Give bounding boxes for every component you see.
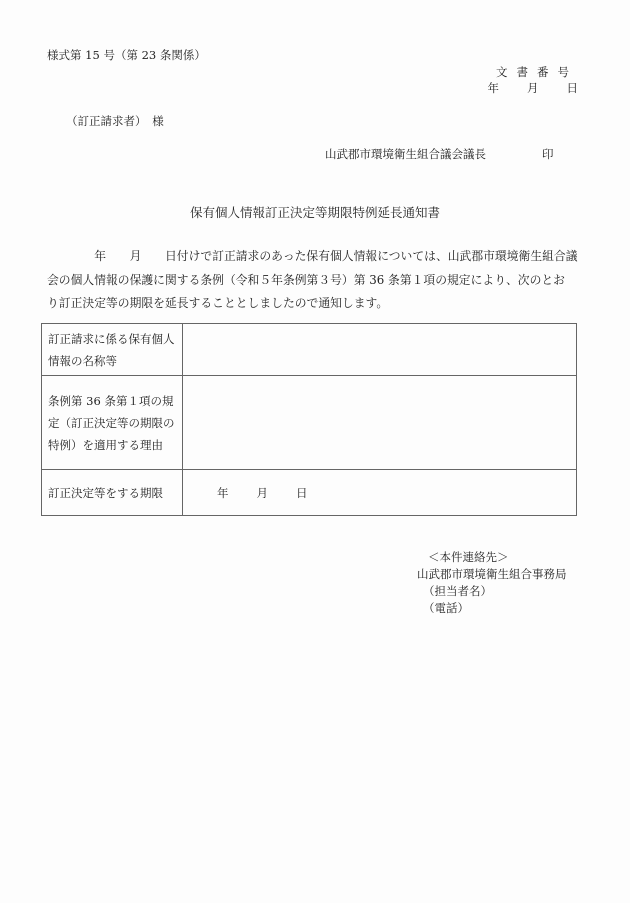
notice-table: 訂正請求に係る保有個人 情報の名称等 条例第 36 条第１項の規 定（訂正決定等… <box>41 323 577 516</box>
issue-date-month: 月 <box>527 80 539 96</box>
issue-date: 年月日 <box>488 80 579 96</box>
seal-mark: 印 <box>542 146 554 162</box>
issue-date-day: 日 <box>567 80 579 96</box>
row-label-deadline: 訂正決定等をする期限 <box>42 470 183 516</box>
deadline-year: 年 <box>217 482 229 504</box>
row-value-info-name <box>183 324 577 376</box>
contact-block: ＜本件連絡先＞ 山武郡市環境衛生組合事務局 （担当者名） （電話） <box>417 549 567 617</box>
body-line: 会の個人情報の保護に関する条例（令和５年条例第３号）第 36 条第１項の規定によ… <box>47 269 583 293</box>
table-row: 条例第 36 条第１項の規 定（訂正決定等の期限の 特例）を適用する理由 <box>42 376 577 470</box>
body-line: 年 月 日付けで訂正請求のあった保有個人情報については、山武郡市環境衛生組合議 <box>47 245 583 269</box>
deadline-month: 月 <box>257 482 269 504</box>
table-row: 訂正決定等をする期限 年月日 <box>42 470 577 516</box>
contact-heading: ＜本件連絡先＞ <box>417 549 567 566</box>
row-value-reason <box>183 376 577 470</box>
sender: 山武郡市環境衛生組合議会議長 <box>325 146 486 162</box>
contact-office: 山武郡市環境衛生組合事務局 <box>417 566 567 583</box>
body-paragraph: 年 月 日付けで訂正請求のあった保有個人情報については、山武郡市環境衛生組合議 … <box>47 245 583 316</box>
row-label-reason: 条例第 36 条第１項の規 定（訂正決定等の期限の 特例）を適用する理由 <box>42 376 183 470</box>
contact-phone: （電話） <box>417 600 567 617</box>
document-number-label: 文書番号 <box>496 64 578 80</box>
row-value-deadline: 年月日 <box>183 470 577 516</box>
issue-date-year: 年 <box>488 80 500 96</box>
contact-person: （担当者名） <box>417 583 567 600</box>
form-number: 様式第 15 号（第 23 条関係） <box>47 47 206 63</box>
recipient: （訂正請求者） 様 <box>66 113 164 129</box>
table-row: 訂正請求に係る保有個人 情報の名称等 <box>42 324 577 376</box>
deadline-day: 日 <box>296 482 308 504</box>
document-title: 保有個人情報訂正決定等期限特例延長通知書 <box>0 203 630 221</box>
row-label-info-name: 訂正請求に係る保有個人 情報の名称等 <box>42 324 183 376</box>
body-line: り訂正決定等の期限を延長することとしましたので通知します。 <box>47 292 583 316</box>
